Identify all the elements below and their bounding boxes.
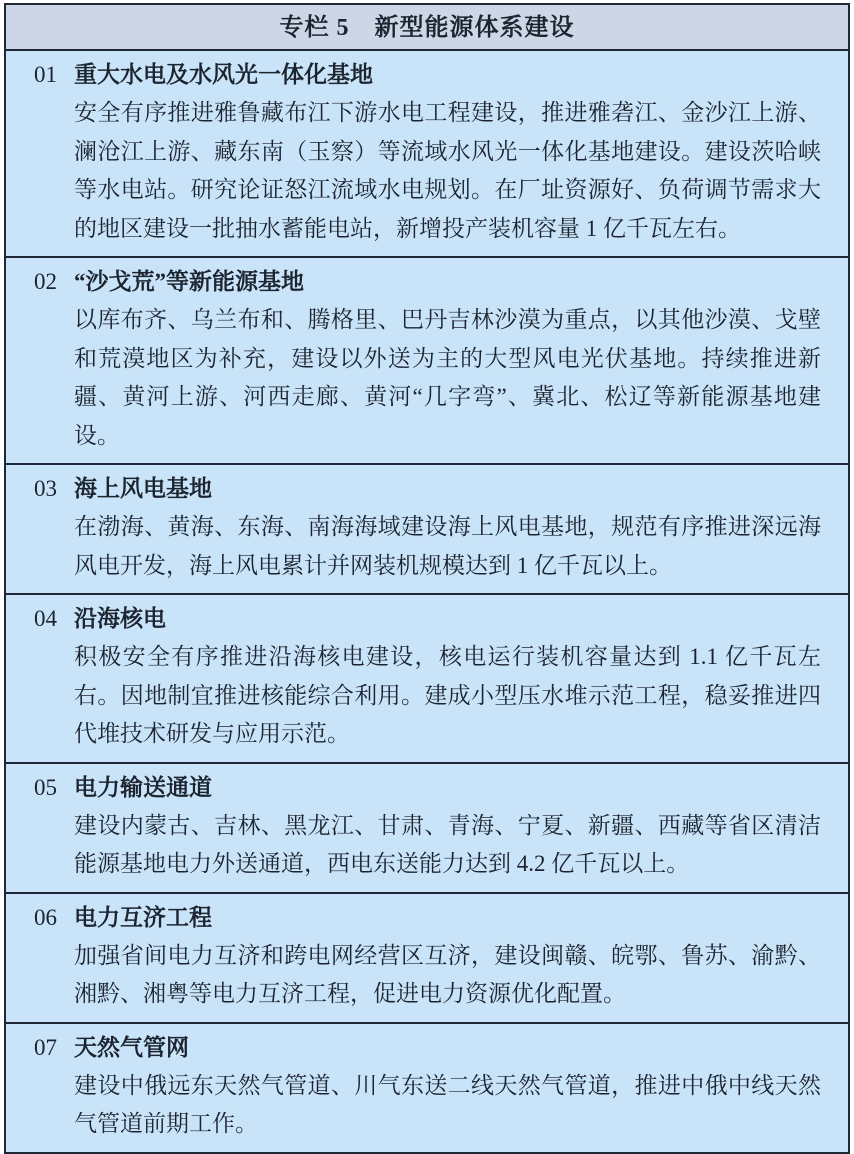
section-number: 03 (34, 470, 74, 508)
panel-body: 01 重大水电及水风光一体化基地 安全有序推进雅鲁藏布江下游水电工程建设，推进雅… (6, 51, 848, 1152)
section-header-row: 07 天然气管网 (34, 1029, 821, 1067)
section-heading: 电力输送通道 (74, 769, 212, 807)
section-body: 加强省间电力互济和跨电网经营区互济，建设闽赣、皖鄂、鲁苏、渝黔、湘黔、湘粤等电力… (74, 937, 821, 1014)
panel-section: 04 沿海核电 积极安全有序推进沿海核电建设，核电运行装机容量达到 1.1 亿千… (6, 595, 848, 764)
section-heading: 重大水电及水风光一体化基地 (74, 56, 373, 94)
section-number: 01 (34, 56, 74, 94)
section-header-row: 05 电力输送通道 (34, 769, 821, 807)
section-body: 建设中俄远东天然气管道、川气东送二线天然气管道，推进中俄中线天然气管道前期工作。 (74, 1067, 821, 1144)
panel-section: 01 重大水电及水风光一体化基地 安全有序推进雅鲁藏布江下游水电工程建设，推进雅… (6, 51, 848, 258)
section-body: 安全有序推进雅鲁藏布江下游水电工程建设，推进雅砻江、金沙江上游、澜沧江上游、藏东… (74, 94, 821, 248)
section-header-row: 01 重大水电及水风光一体化基地 (34, 56, 821, 94)
panel-section: 03 海上风电基地 在渤海、黄海、东海、南海海域建设海上风电基地，规范有序推进深… (6, 465, 848, 595)
section-heading: 海上风电基地 (74, 470, 212, 508)
section-body: 在渤海、黄海、东海、南海海域建设海上风电基地，规范有序推进深远海风电开发，海上风… (74, 508, 821, 585)
panel-section: 02 “沙戈荒”等新能源基地 以库布齐、乌兰布和、腾格里、巴丹吉林沙漠为重点，以… (6, 258, 848, 465)
section-header-row: 06 电力互济工程 (34, 899, 821, 937)
section-header-row: 04 沿海核电 (34, 600, 821, 638)
panel-section: 06 电力互济工程 加强省间电力互济和跨电网经营区互济，建设闽赣、皖鄂、鲁苏、渝… (6, 894, 848, 1024)
section-body: 建设内蒙古、吉林、黑龙江、甘肃、青海、宁夏、新疆、西藏等省区清洁能源基地电力外送… (74, 807, 821, 884)
section-number: 05 (34, 769, 74, 807)
energy-system-panel: 专栏 5 新型能源体系建设 01 重大水电及水风光一体化基地 安全有序推进雅鲁藏… (4, 3, 850, 1154)
section-number: 04 (34, 600, 74, 638)
section-heading: 天然气管网 (74, 1029, 189, 1067)
panel-title: 专栏 5 新型能源体系建设 (280, 15, 575, 41)
section-heading: 电力互济工程 (74, 899, 212, 937)
panel-header: 专栏 5 新型能源体系建设 (6, 5, 848, 51)
section-header-row: 03 海上风电基地 (34, 470, 821, 508)
section-body: 积极安全有序推进沿海核电建设，核电运行装机容量达到 1.1 亿千瓦左右。因地制宜… (74, 638, 821, 754)
section-heading: “沙戈荒”等新能源基地 (74, 263, 304, 301)
section-body: 以库布齐、乌兰布和、腾格里、巴丹吉林沙漠为重点，以其他沙漠、戈壁和荒漠地区为补充… (74, 301, 821, 455)
document-page: 专栏 5 新型能源体系建设 01 重大水电及水风光一体化基地 安全有序推进雅鲁藏… (0, 0, 854, 1024)
section-number: 06 (34, 899, 74, 937)
section-heading: 沿海核电 (74, 600, 166, 638)
panel-section: 07 天然气管网 建设中俄远东天然气管道、川气东送二线天然气管道，推进中俄中线天… (6, 1024, 848, 1152)
section-header-row: 02 “沙戈荒”等新能源基地 (34, 263, 821, 301)
section-number: 07 (34, 1029, 74, 1067)
panel-section: 05 电力输送通道 建设内蒙古、吉林、黑龙江、甘肃、青海、宁夏、新疆、西藏等省区… (6, 764, 848, 894)
section-number: 02 (34, 263, 74, 301)
